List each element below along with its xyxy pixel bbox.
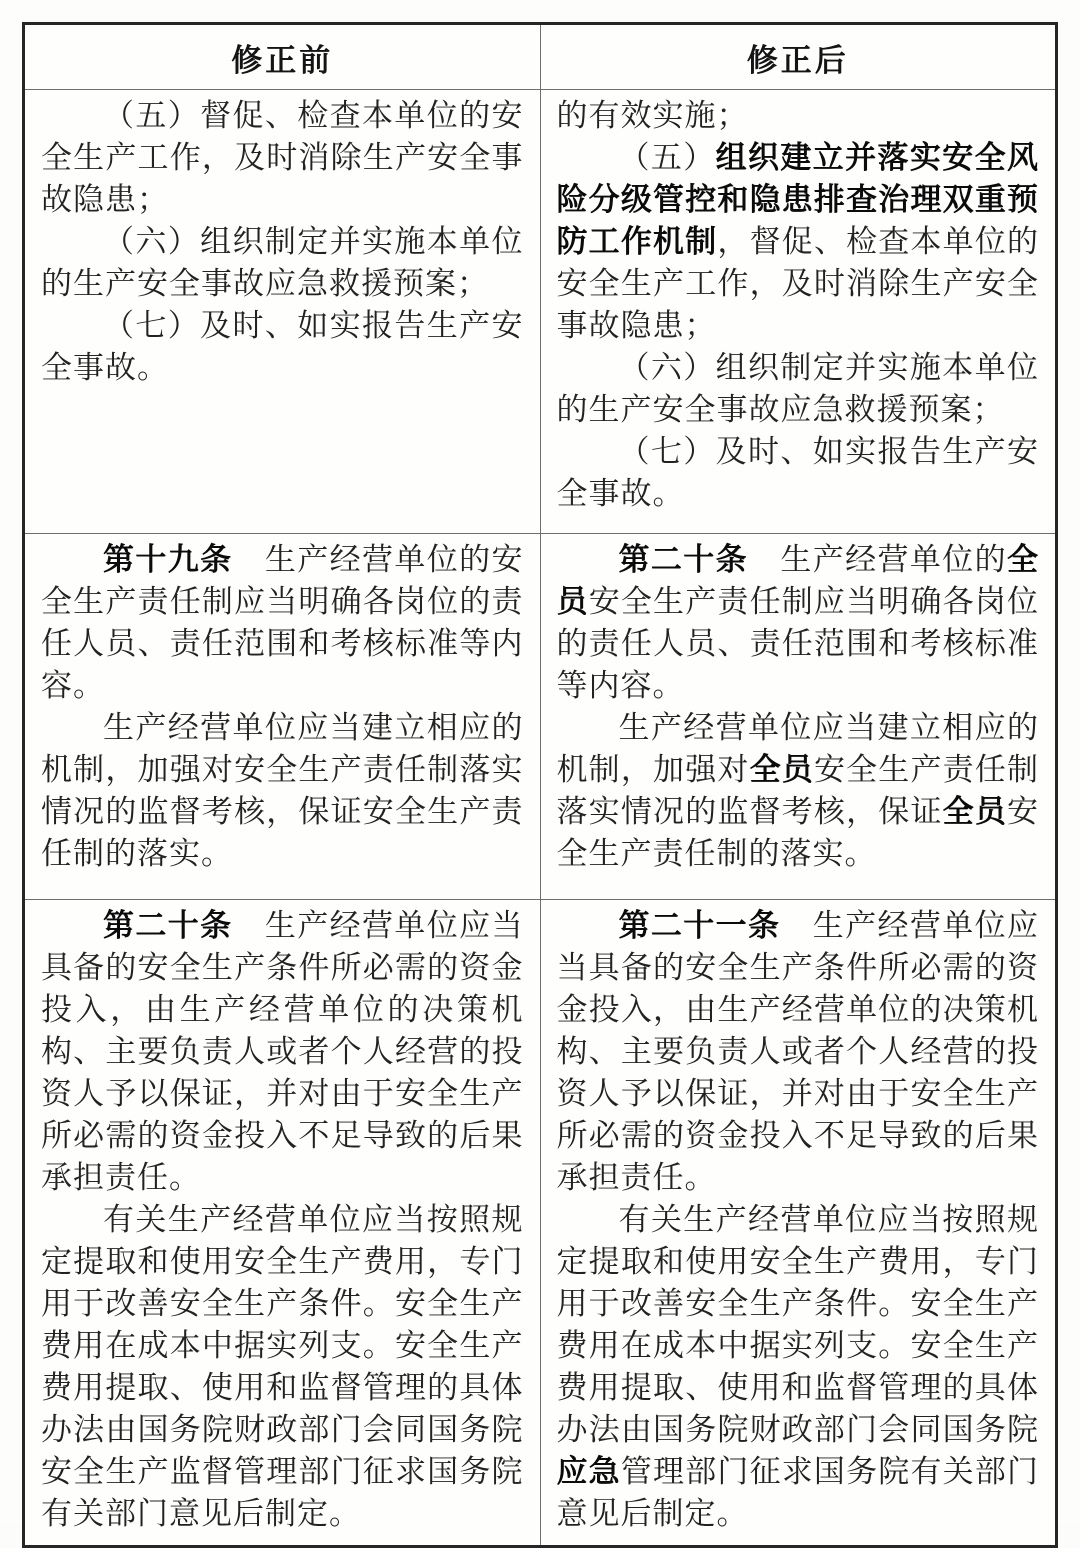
emphasized-text: 全员 (943, 794, 1007, 829)
comparison-row: （五）督促、检查本单位的安全生产工作，及时消除生产安全事故隐患；（六）组织制定并… (24, 90, 1057, 534)
text-run: 生产经营单位应当具备的安全生产条件所必需的资金投入，由生产经营单位的决策机构、主… (41, 908, 524, 1195)
header-row: 修正前 修正后 (24, 24, 1057, 90)
text-run: （六）组织制定并实施本单位的生产安全事故应急救援预案； (41, 224, 524, 301)
paragraph: （五）督促、检查本单位的安全生产工作，及时消除生产安全事故隐患； (41, 95, 524, 221)
paragraph: 的有效实施； (557, 95, 1040, 137)
paragraph: （六）组织制定并实施本单位的生产安全事故应急救援预案； (41, 221, 524, 305)
paragraph: （六）组织制定并实施本单位的生产安全事故应急救援预案； (557, 347, 1040, 431)
paragraph: 第二十条 生产经营单位应当具备的安全生产条件所必需的资金投入，由生产经营单位的决… (41, 905, 524, 1199)
text-run: 管理部门征求国务院有关部门意见后制定。 (557, 1454, 1040, 1531)
text-run: 安全生产责任制应当明确各岗位的责任人员、责任范围和考核标准等内容。 (557, 584, 1040, 703)
paragraph: 第二十一条 生产经营单位应当具备的安全生产条件所必需的资金投入，由生产经营单位的… (557, 905, 1040, 1199)
emphasized-text: 第二十一条 (619, 908, 781, 943)
text-run: 有关生产经营单位应当按照规定提取和使用安全生产费用，专门用于改善安全生产条件。安… (41, 1202, 524, 1531)
paragraph: 有关生产经营单位应当按照规定提取和使用安全生产费用，专门用于改善安全生产条件。安… (557, 1199, 1040, 1535)
paragraph: （七）及时、如实报告生产安全事故。 (557, 431, 1040, 515)
after-cell: 第二十条 生产经营单位的全员安全生产责任制应当明确各岗位的责任人员、责任范围和考… (540, 534, 1057, 900)
column-header-before: 修正前 (24, 24, 541, 90)
paragraph: 生产经营单位应当建立相应的机制，加强对安全生产责任制落实情况的监督考核，保证安全… (41, 707, 524, 875)
comparison-row: 第十九条 生产经营单位的安全生产责任制应当明确各岗位的责任人员、责任范围和考核标… (24, 534, 1057, 900)
emphasized-text: 应急 (557, 1454, 621, 1489)
column-header-after: 修正后 (540, 24, 1057, 90)
paragraph: 第二十条 生产经营单位的全员安全生产责任制应当明确各岗位的责任人员、责任范围和考… (557, 539, 1040, 707)
after-cell: 的有效实施；（五）组织建立并落实安全风险分级管控和隐患排查治理双重预防工作机制，… (540, 90, 1057, 534)
paragraph: （五）组织建立并落实安全风险分级管控和隐患排查治理双重预防工作机制，督促、检查本… (557, 137, 1040, 347)
text-run: （五） (619, 140, 716, 175)
paragraph: 第十九条 生产经营单位的安全生产责任制应当明确各岗位的责任人员、责任范围和考核标… (41, 539, 524, 707)
comparison-table: 修正前 修正后 （五）督促、检查本单位的安全生产工作，及时消除生产安全事故隐患；… (22, 22, 1058, 1548)
after-cell: 第二十一条 生产经营单位应当具备的安全生产条件所必需的资金投入，由生产经营单位的… (540, 900, 1057, 1547)
document-page: 修正前 修正后 （五）督促、检查本单位的安全生产工作，及时消除生产安全事故隐患；… (0, 0, 1080, 1524)
emphasized-text: 第十九条 (103, 542, 233, 577)
text-run: 生产经营单位应当建立相应的机制，加强对安全生产责任制落实情况的监督考核，保证安全… (41, 710, 524, 871)
emphasized-text: 第二十条 (619, 542, 749, 577)
text-run: （七）及时、如实报告生产安全事故。 (557, 434, 1040, 511)
before-cell: （五）督促、检查本单位的安全生产工作，及时消除生产安全事故隐患；（六）组织制定并… (24, 90, 541, 534)
comparison-row: 第二十条 生产经营单位应当具备的安全生产条件所必需的资金投入，由生产经营单位的决… (24, 900, 1057, 1547)
text-run: （六）组织制定并实施本单位的生产安全事故应急救援预案； (557, 350, 1040, 427)
paragraph: （七）及时、如实报告生产安全事故。 (41, 305, 524, 389)
paragraph: 有关生产经营单位应当按照规定提取和使用安全生产费用，专门用于改善安全生产条件。安… (41, 1199, 524, 1535)
text-run: （五）督促、检查本单位的安全生产工作，及时消除生产安全事故隐患； (41, 98, 524, 217)
paragraph: 生产经营单位应当建立相应的机制，加强对全员安全生产责任制落实情况的监督考核，保证… (557, 707, 1040, 875)
table-header: 修正前 修正后 (24, 24, 1057, 90)
text-run: 生产经营单位的 (748, 542, 1007, 577)
emphasized-text: 全员 (750, 752, 814, 787)
text-run: （七）及时、如实报告生产安全事故。 (41, 308, 524, 385)
text-run: 生产经营单位应当具备的安全生产条件所必需的资金投入，由生产经营单位的决策机构、主… (557, 908, 1040, 1195)
before-cell: 第十九条 生产经营单位的安全生产责任制应当明确各岗位的责任人员、责任范围和考核标… (24, 534, 541, 900)
text-run: 的有效实施； (557, 98, 749, 133)
text-run: 有关生产经营单位应当按照规定提取和使用安全生产费用，专门用于改善安全生产条件。安… (557, 1202, 1040, 1447)
before-cell: 第二十条 生产经营单位应当具备的安全生产条件所必需的资金投入，由生产经营单位的决… (24, 900, 541, 1547)
table-body: （五）督促、检查本单位的安全生产工作，及时消除生产安全事故隐患；（六）组织制定并… (24, 90, 1057, 1547)
emphasized-text: 第二十条 (103, 908, 233, 943)
